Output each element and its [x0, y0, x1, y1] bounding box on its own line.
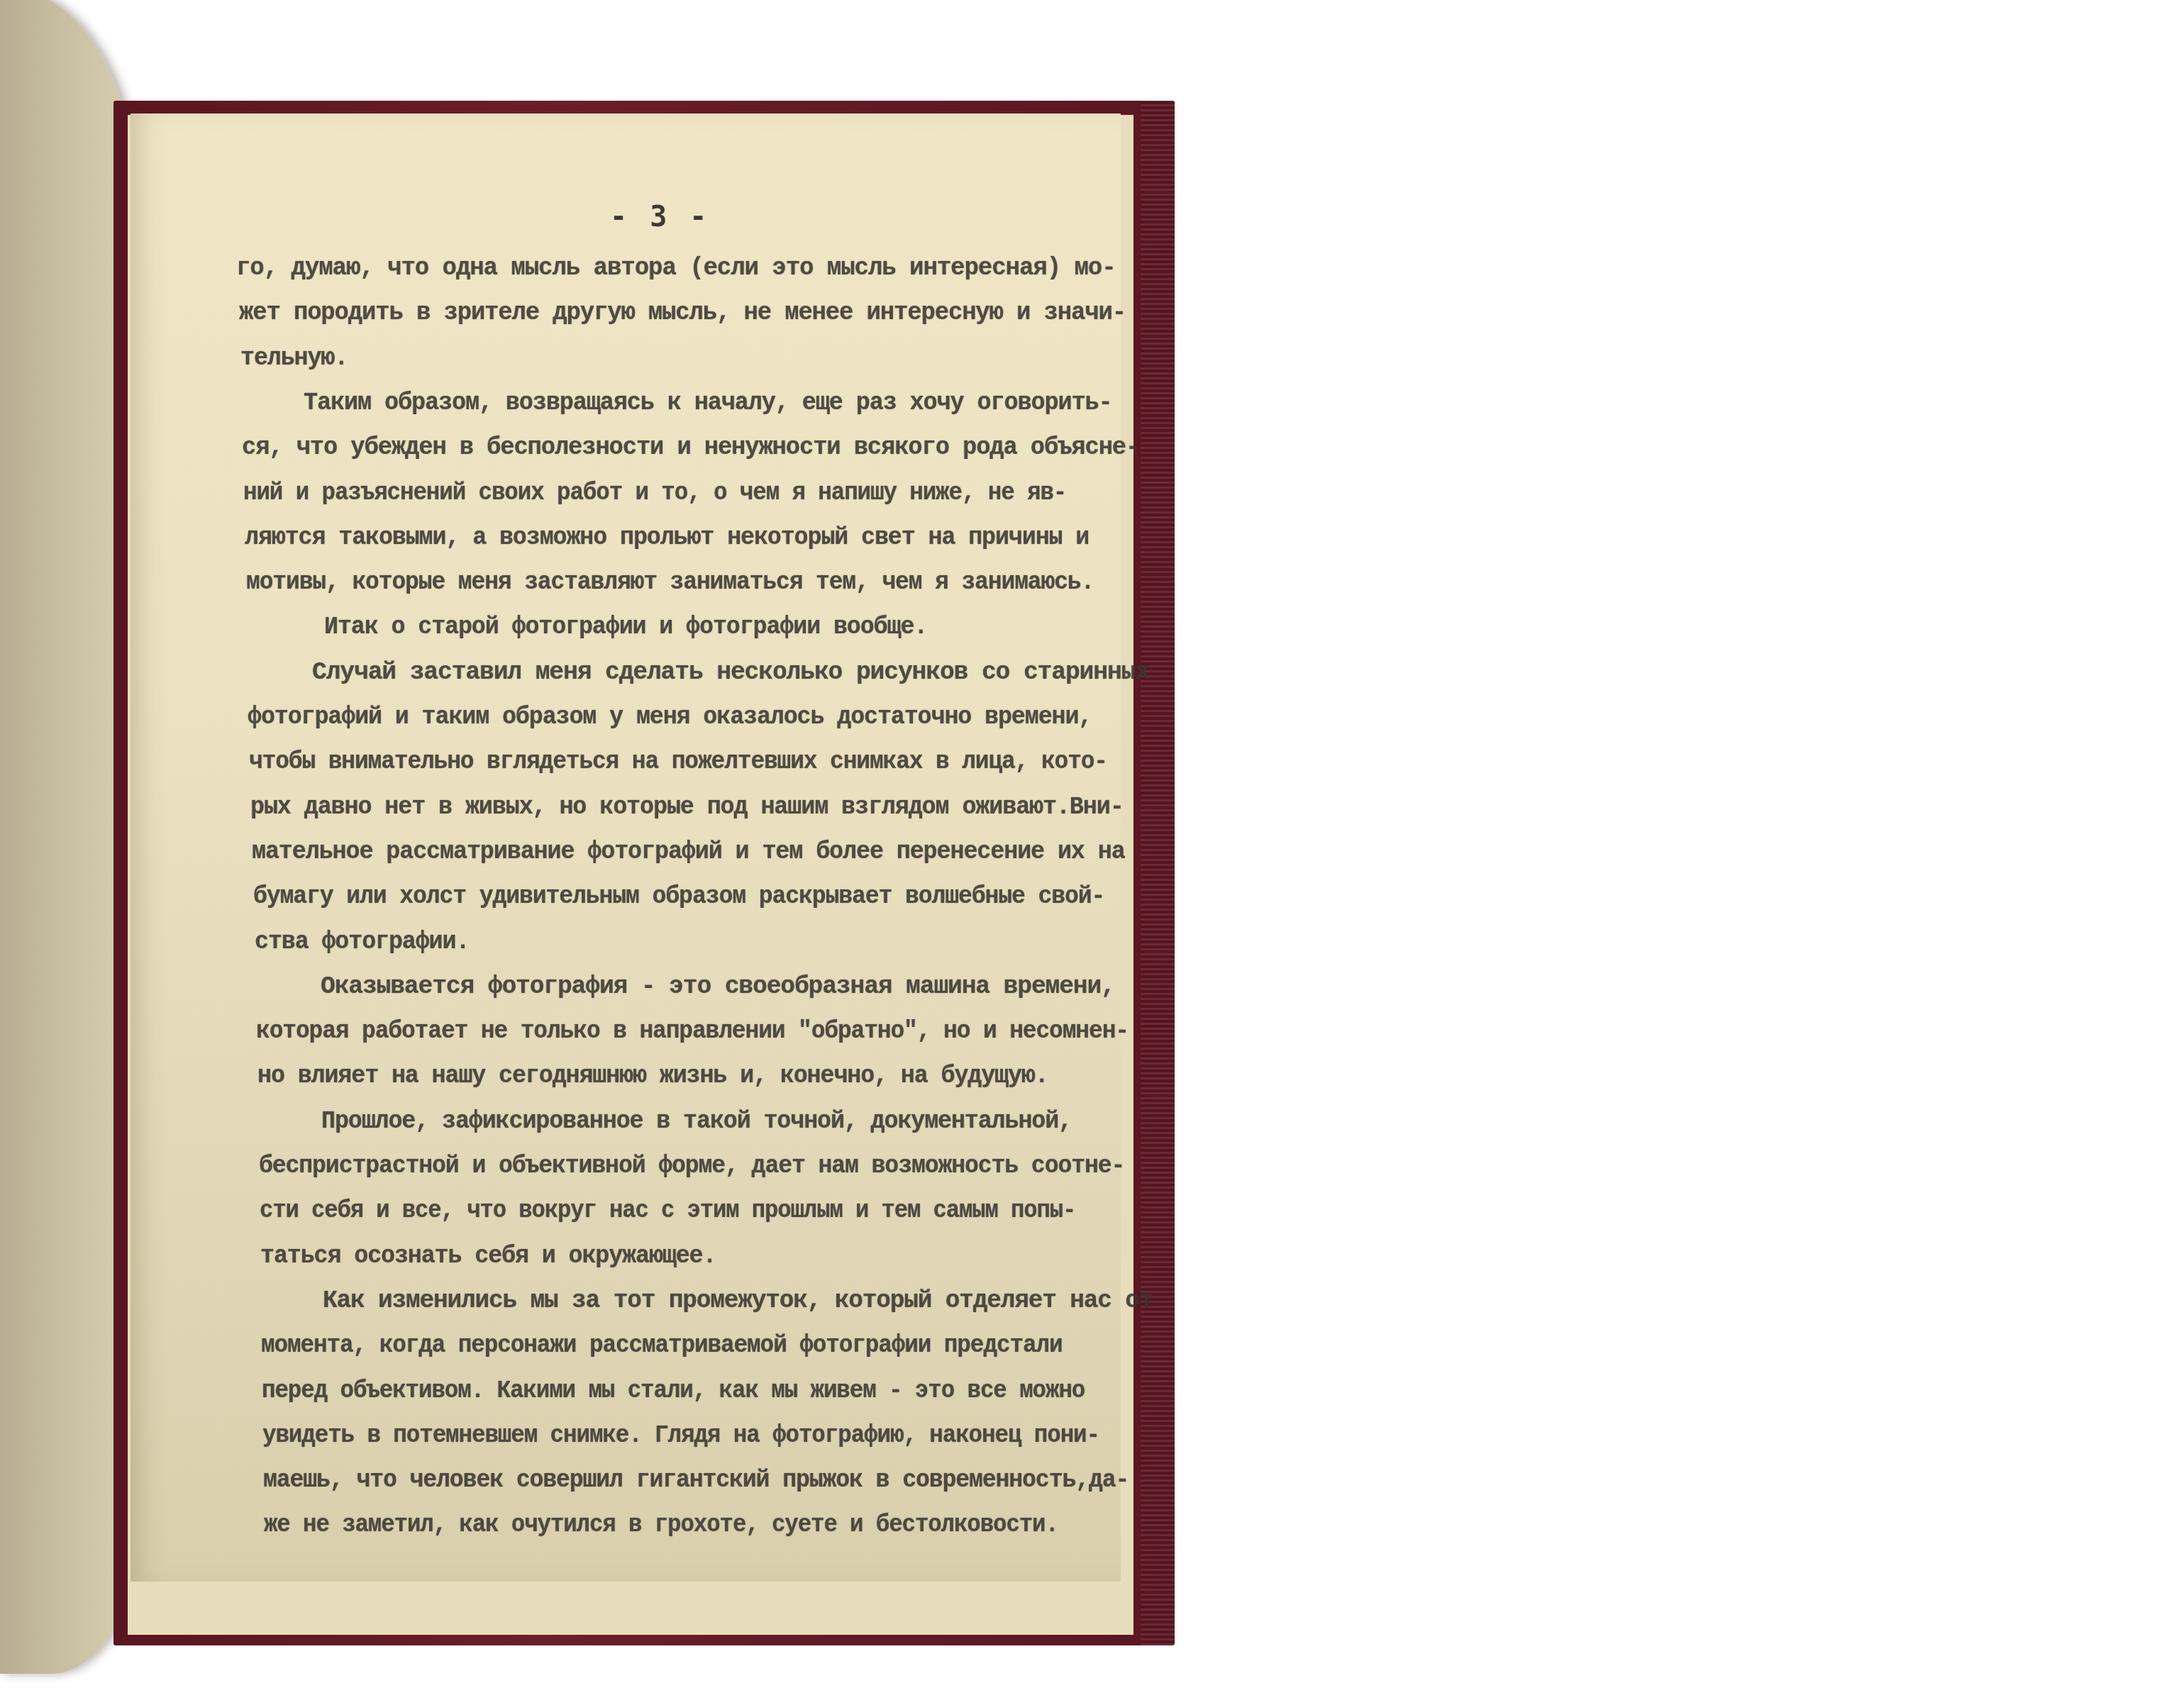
text-line: мотивы, которые меня заставляют занимать…	[246, 568, 1094, 596]
text-line: рых давно нет в живых, но которые под на…	[250, 793, 1124, 821]
text-line: ся, что убежден в бесполезности и ненужн…	[242, 433, 1139, 462]
text-line: фотографий и таким образом у меня оказал…	[248, 703, 1092, 731]
text-line: Прошлое, зафиксированное в такой точной,…	[321, 1107, 1072, 1135]
text-line: чтобы внимательно вглядеться на пожелтев…	[249, 748, 1107, 776]
text-line: ний и разъяснений своих работ и то, о че…	[243, 479, 1066, 507]
text-line: которая работает не только в направлении…	[256, 1017, 1129, 1045]
text-line: ства фотографии.	[255, 928, 469, 956]
text-line: перед объективом. Какими мы стали, как м…	[262, 1377, 1085, 1405]
text-line: Как изменились мы за тот промежуток, кот…	[323, 1287, 1153, 1315]
text-line: но влияет на нашу сегодняшнюю жизнь и, к…	[257, 1062, 1048, 1090]
text-line: Таким образом, возвращаясь к началу, еще…	[304, 389, 1112, 417]
text-line: момента, когда персонажи рассматриваемой…	[261, 1331, 1062, 1360]
text-line: Оказывается фотография - это своеобразна…	[321, 972, 1115, 1001]
text-line: жет породить в зрителе другую мысль, не …	[239, 299, 1126, 327]
text-line: Итак о старой фотографии и фотографии во…	[324, 613, 927, 641]
text-line: маешь, что человек совершил гигантский п…	[263, 1466, 1129, 1494]
text-line: го, думаю, что одна мысль автора (если э…	[236, 254, 1116, 282]
text-line: беспристрастной и объективной форме, дае…	[259, 1152, 1124, 1180]
page-text: го, думаю, что одна мысль автора (если э…	[0, 0, 2184, 1705]
text-line: сти себя и все, что вокруг нас с этим пр…	[260, 1196, 1075, 1225]
text-line: Случай заставил меня сделать несколько р…	[312, 658, 1149, 687]
text-line: увидеть в потемневшем снимке. Глядя на ф…	[262, 1421, 1099, 1450]
text-line: же не заметил, как очутился в грохоте, с…	[264, 1511, 1058, 1539]
text-line: ляются таковыми, а возможно прольют неко…	[245, 523, 1089, 552]
text-line: бумагу или холст удивительным образом ра…	[253, 882, 1104, 911]
text-line: таться осознать себя и окружающее.	[260, 1242, 716, 1270]
text-line: мательное рассматривание фотографий и те…	[252, 838, 1125, 866]
text-line: тельную.	[240, 344, 348, 372]
